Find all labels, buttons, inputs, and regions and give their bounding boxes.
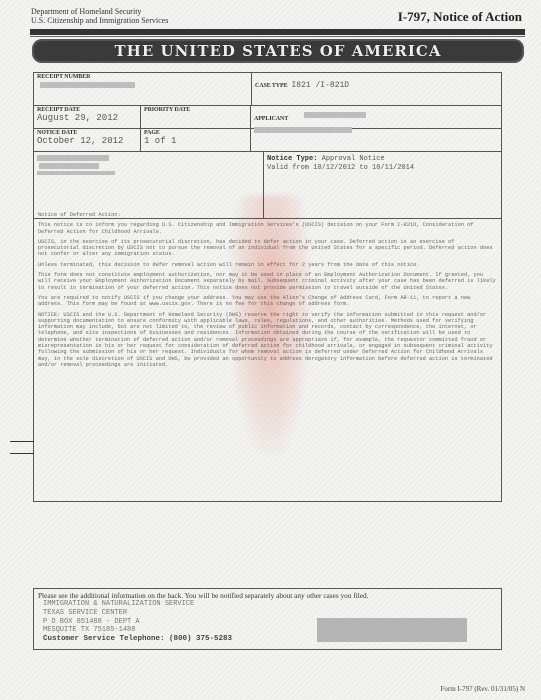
applicant-cell: APPLICANT (251, 106, 501, 128)
page-value: 1 of 1 (144, 136, 247, 146)
address-line-2: TEXAS SERVICE CENTER (34, 609, 501, 618)
header-rule-thin (30, 36, 525, 37)
form-number: Form I-797 (Rev. 01/31/05) N (440, 685, 525, 693)
priority-date-cell: PRIORITY DATE (141, 106, 251, 128)
recipient-redacted-3 (37, 171, 115, 175)
case-type-cell: CASE TYPE I821 /I-821D (252, 73, 501, 105)
usa-banner: THE UNITED STATES OF AMERICA (32, 39, 524, 63)
notice-type-label: Notice Type: (267, 155, 317, 163)
page-cell: PAGE 1 of 1 (141, 129, 251, 151)
body-paragraph-1: This notice is to inform you regarding U… (38, 222, 497, 235)
footer-note: Please see the additional information on… (34, 589, 501, 600)
form-title: I-797, Notice of Action (398, 9, 522, 25)
address-line-1: IMMIGRATION & NATURALIZATION SERVICE (34, 600, 501, 609)
fold-mark-1 (10, 441, 34, 442)
body-heading: Notice of Deferred Action: (38, 212, 497, 218)
receipt-date-value: August 29, 2012 (37, 113, 137, 123)
receipt-number-label: RECEIPT NUMBER (37, 74, 248, 80)
notice-date-cell: NOTICE DATE October 12, 2012 (34, 129, 141, 151)
receipt-date-cell: RECEIPT DATE August 29, 2012 (34, 106, 141, 128)
receipt-number-cell: RECEIPT NUMBER (34, 73, 252, 105)
banner-text: THE UNITED STATES OF AMERICA (115, 42, 442, 60)
recipient-redacted-1 (37, 155, 109, 161)
footer-redacted-block (317, 618, 467, 642)
agency-department: Department of Homeland Security (31, 7, 168, 16)
valid-dates: Valid from 10/12/2012 to 10/11/2014 (267, 164, 498, 173)
blank-cell (251, 129, 501, 151)
notice-type-value: Approval Notice (322, 155, 385, 163)
applicant-label: APPLICANT (254, 116, 288, 122)
case-type-value: I821 /I-821D (292, 81, 350, 90)
header-rule (30, 29, 525, 35)
notice-date-value: October 12, 2012 (37, 136, 137, 146)
notice-body: Notice of Deferred Action: This notice i… (33, 209, 502, 502)
body-paragraph-6: NOTICE: USCIS and the U.S. Department of… (38, 312, 497, 369)
fold-mark-2 (10, 453, 34, 454)
body-paragraph-4: This form does not constitute employment… (38, 272, 497, 291)
body-paragraph-5: You are required to notify USCIS if you … (38, 295, 497, 308)
applicant-redacted-1 (304, 112, 366, 118)
body-paragraph-2: USCIS, in the exercise of its prosecutor… (38, 239, 497, 258)
agency-uscis: U.S. Citizenship and Immigration Service… (31, 16, 168, 25)
receipt-number-redacted (40, 82, 135, 88)
case-info-grid: RECEIPT NUMBER CASE TYPE I821 /I-821D RE… (33, 72, 502, 219)
recipient-redacted-2 (39, 163, 99, 169)
agency-block: Department of Homeland Security U.S. Cit… (31, 7, 168, 25)
case-type-label: CASE TYPE (255, 83, 288, 89)
body-paragraph-3: Unless terminated, this decision to defe… (38, 262, 497, 268)
priority-date-label: PRIORITY DATE (144, 107, 247, 113)
